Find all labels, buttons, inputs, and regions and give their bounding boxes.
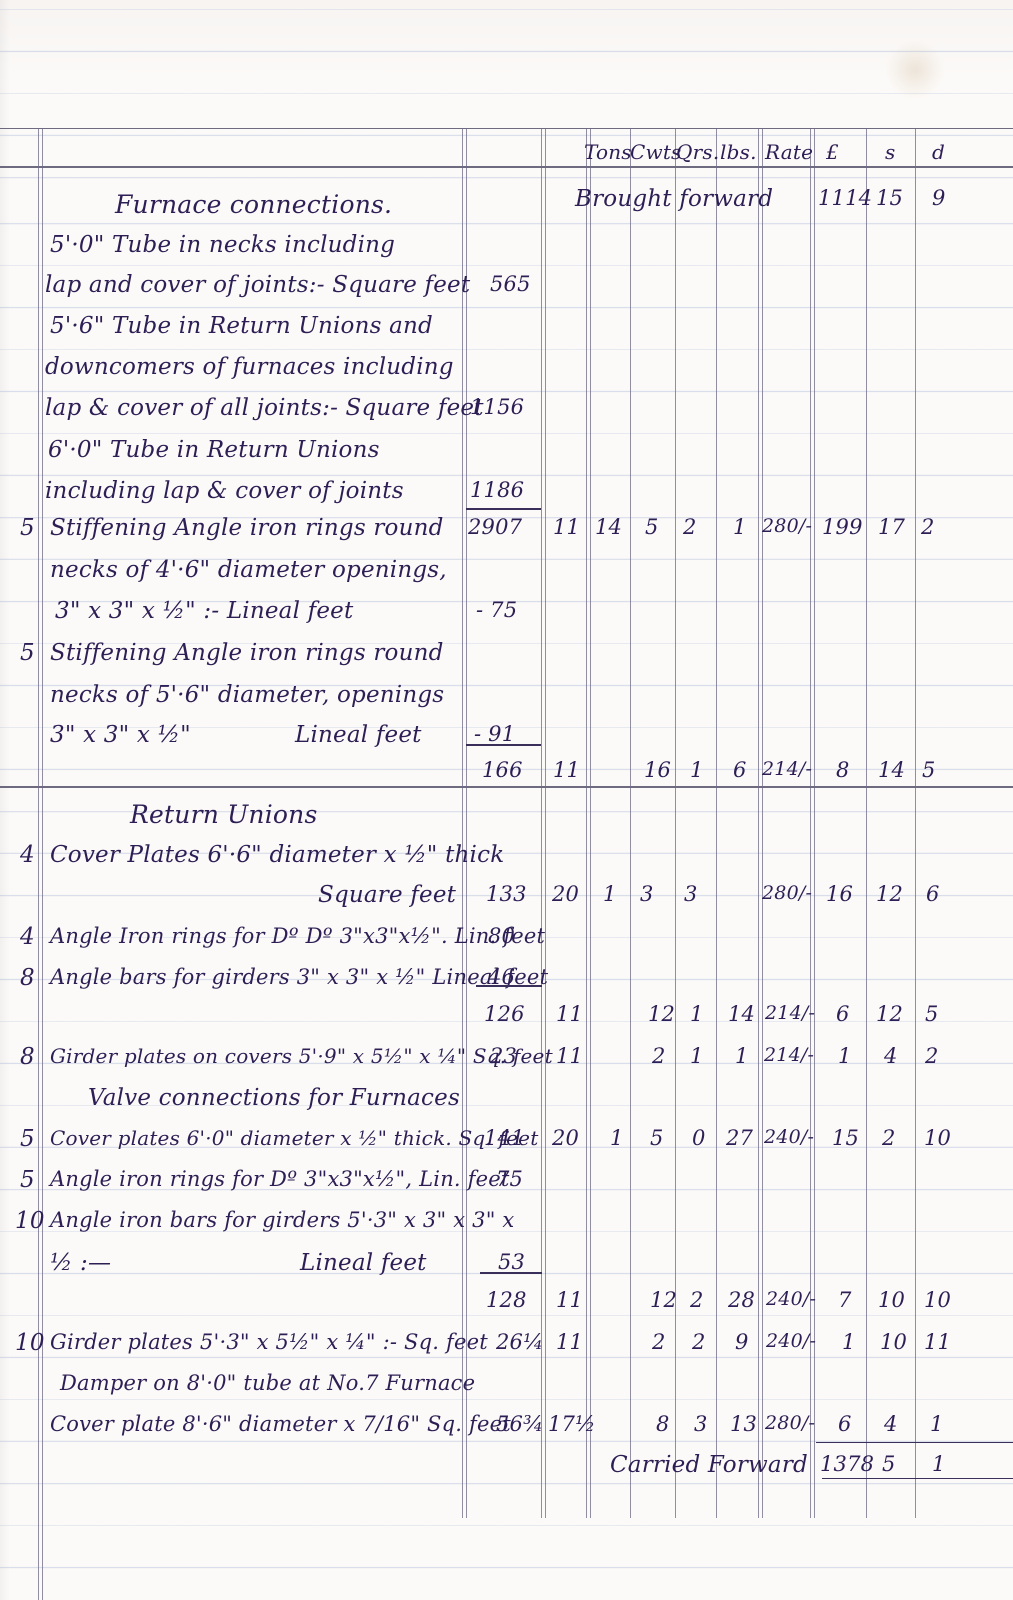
entry-pounds: 1: [842, 1330, 856, 1354]
entry-lbs: 13: [730, 1412, 757, 1436]
pounds-col-line: [866, 128, 867, 1518]
entry-cwts: 2: [652, 1330, 666, 1354]
subtotal-shillings: 10: [878, 1288, 905, 1312]
entry-line: including lap & cover of joints: [45, 478, 404, 504]
section-heading-return-unions: Return Unions: [130, 800, 318, 829]
entry-pence: 10: [924, 1126, 951, 1150]
total-underline: [816, 1442, 1013, 1443]
entry-line: 5'·0" Tube in necks including: [50, 232, 395, 258]
row-count: 5: [20, 515, 35, 541]
subtotal-pence: 5: [925, 1002, 939, 1026]
entry-pence: 11: [924, 1330, 951, 1354]
subtotal-pounds: 8: [836, 758, 850, 782]
subtotal-cwts: 12: [650, 1288, 677, 1312]
entry-line: Angle iron rings for Dº 3"x3"x½", Lin. f…: [50, 1167, 510, 1191]
entry-line: 3" x 3" x ½" :- Lineal feet: [55, 598, 353, 624]
entry-shillings: 10: [880, 1330, 907, 1354]
entry-qty: - 75: [476, 598, 517, 622]
header-qrs: Qrs.: [676, 140, 719, 164]
header-rule: [0, 166, 1013, 168]
entry-gauge: 17½: [548, 1412, 596, 1436]
margin-line-2: [42, 128, 43, 1600]
entry-rate: 240/-: [764, 1126, 814, 1148]
shillings-col-line: [915, 128, 916, 1518]
row-count: 10: [15, 1208, 45, 1234]
qrs-col-line: [716, 128, 717, 1518]
gauge-col-line: [586, 128, 587, 1518]
entry-line: Angle Iron rings for Dº Dº 3"x3"x½". Lin…: [50, 924, 545, 948]
entry-line: necks of 5'·6" diameter, openings: [50, 682, 444, 708]
subtotal-cwts: 12: [648, 1002, 675, 1026]
entry-cwts: 5: [645, 515, 659, 539]
entry-shillings: 4: [884, 1412, 898, 1436]
header-pounds: £: [826, 140, 839, 164]
entry-line: Damper on 8'·0" tube at No.7 Furnace: [60, 1371, 475, 1395]
entry-line: Stiffening Angle iron rings round: [50, 640, 444, 666]
carried-forward-shillings: 5: [882, 1452, 896, 1476]
entry-qty: 141: [484, 1126, 525, 1150]
entry-qrs: 3: [684, 882, 698, 906]
subtotal-qty: 166: [482, 758, 523, 782]
entry-shillings: 12: [876, 882, 903, 906]
row-count: 5: [20, 640, 35, 666]
row-count: 5: [20, 1167, 35, 1193]
entry-pounds: 199: [822, 515, 863, 539]
subtotal-rate: 214/-: [762, 758, 812, 780]
subtotal-lbs: 6: [733, 758, 747, 782]
entry-pence: 2: [921, 515, 935, 539]
entry-line: 5'·6" Tube in Return Unions and: [50, 313, 433, 339]
entry-cwts: 3: [640, 882, 654, 906]
subtotal-pence: 10: [924, 1288, 951, 1312]
subtotal-underline: [466, 508, 541, 510]
entry-qrs: 2: [692, 1330, 706, 1354]
subtotal-underline: [466, 744, 541, 746]
subtotal-qty: 128: [486, 1288, 527, 1312]
section-rule: [0, 786, 1013, 788]
subtotal-lbs: 14: [728, 1002, 755, 1026]
subtotal-shillings: 14: [878, 758, 905, 782]
subtotal-qty: 126: [484, 1002, 525, 1026]
entry-line: Angle iron bars for girders 5'·3" x 3" x…: [50, 1208, 514, 1232]
qty-col-line: [541, 128, 542, 1518]
entry-qty: 26¼: [496, 1330, 544, 1354]
entry-unit: Lineal feet: [300, 1250, 427, 1276]
row-count: 10: [15, 1330, 45, 1356]
entry-cwts: 2: [652, 1044, 666, 1068]
entry-qty: 565: [490, 272, 531, 296]
tons-col-line: [630, 128, 631, 1518]
entry-line: lap & cover of all joints:- Square feet: [45, 395, 484, 421]
entry-shillings: 4: [884, 1044, 898, 1068]
entry-qty: 23: [490, 1044, 517, 1068]
brought-forward-pence: 9: [932, 186, 946, 210]
header-rate: Rate: [765, 140, 813, 164]
entry-unit: Square feet: [318, 882, 456, 908]
row-count: 4: [20, 842, 35, 868]
brought-forward-label: Brought forward: [575, 186, 773, 212]
entry-qrs: 3: [694, 1412, 708, 1436]
entry-line: lap and cover of joints:- Square feet: [45, 272, 470, 298]
subtotal-pounds: 6: [836, 1002, 850, 1026]
carried-forward-pounds: 1378: [820, 1452, 874, 1476]
entry-rate: 280/-: [762, 882, 812, 904]
desc-col-line: [462, 128, 463, 1518]
entry-pounds: 15: [832, 1126, 859, 1150]
entry-lbs: 9: [735, 1330, 749, 1354]
entry-line: Cover plate 8'·6" diameter x 7/16" Sq. f…: [50, 1412, 511, 1436]
entry-line: Stiffening Angle iron rings round: [50, 515, 444, 541]
subtotal-qrs: 1: [690, 1002, 704, 1026]
entry-lbs: 1: [735, 1044, 749, 1068]
subtotal-pence: 5: [922, 758, 936, 782]
section-heading-valve: Valve connections for Furnaces: [88, 1085, 460, 1111]
entry-qty: 2907: [468, 515, 522, 539]
subtotal-rate: 214/-: [765, 1002, 815, 1024]
entry-qty: 80: [488, 924, 515, 948]
subtotal-rate: 240/-: [766, 1288, 816, 1310]
entry-rate: 214/-: [764, 1044, 814, 1066]
entry-lbs: 27: [726, 1126, 753, 1150]
ledger-page: Tons Cwts Qrs. lbs. Rate £ s d Brought f…: [0, 0, 1013, 1600]
entry-unit: Lineal feet: [295, 722, 422, 748]
entry-line: downcomers of furnaces including: [45, 354, 454, 380]
entry-shillings: 2: [882, 1126, 896, 1150]
entry-qty: 75: [496, 1167, 523, 1191]
lbs-col-line: [758, 128, 759, 1518]
subtotal-shillings: 12: [876, 1002, 903, 1026]
entry-gauge: 20: [552, 1126, 579, 1150]
entry-line: necks of 4'·6" diameter openings,: [50, 557, 447, 583]
entry-line: Cover Plates 6'·6" diameter x ½" thick: [50, 842, 504, 868]
entry-lbs: 1: [733, 515, 747, 539]
entry-qty: 133: [486, 882, 527, 906]
row-count: 5: [20, 1126, 35, 1152]
entry-tons: 1: [610, 1126, 624, 1150]
entry-line: ½ :—: [50, 1250, 111, 1276]
entry-gauge: 11: [556, 1044, 583, 1068]
entry-line: 3" x 3" x ½": [50, 722, 191, 748]
entry-pounds: 16: [826, 882, 853, 906]
subtotal-gauge: 11: [553, 758, 580, 782]
entry-line: Angle bars for girders 3" x 3" x ½" Line…: [50, 965, 548, 989]
entry-pence: 2: [925, 1044, 939, 1068]
entry-cwts: 5: [650, 1126, 664, 1150]
entry-qty: 1186: [470, 478, 524, 502]
subtotal-cwts: 16: [644, 758, 671, 782]
subtotal-qrs: 1: [690, 758, 704, 782]
lbs-col-line-2: [762, 128, 763, 1518]
header-pence: d: [932, 140, 945, 164]
entry-rate: 280/-: [765, 1412, 815, 1434]
entry-qty: - 91: [474, 722, 515, 746]
entry-pounds: 1: [838, 1044, 852, 1068]
top-rule: [0, 128, 1013, 129]
row-count: 8: [20, 1044, 35, 1070]
entry-qty: 56¾: [496, 1412, 544, 1436]
paper-stain: [885, 40, 945, 100]
entry-tons: 14: [595, 515, 622, 539]
margin-line: [38, 128, 39, 1600]
entry-tons: 1: [603, 882, 617, 906]
entry-rate: 280/-: [762, 515, 812, 537]
qty-col-line-2: [545, 128, 546, 1518]
entry-line: Girder plates on covers 5'·9" x 5½" x ¼"…: [50, 1044, 553, 1068]
carried-forward-pence: 1: [932, 1452, 946, 1476]
entry-qty: 53: [498, 1250, 525, 1274]
entry-rate: 240/-: [766, 1330, 816, 1352]
entry-qrs: 2: [683, 515, 697, 539]
entry-line: Girder plates 5'·3" x 5½" x ¼" :- Sq. fe…: [50, 1330, 488, 1354]
desc-col-line-2: [466, 128, 467, 1518]
entry-shillings: 17: [878, 515, 905, 539]
subtotal-underline: [480, 1272, 542, 1274]
gauge-col-line-2: [590, 128, 591, 1518]
section-heading-furnace: Furnace connections.: [115, 190, 392, 219]
header-cwts: Cwts: [630, 140, 682, 164]
entry-gauge: 11: [553, 515, 580, 539]
entry-qty: 1156: [470, 395, 524, 419]
subtotal-qrs: 2: [690, 1288, 704, 1312]
brought-forward-shillings: 15: [876, 186, 903, 210]
header-shillings: s: [885, 140, 895, 164]
row-count: 8: [20, 965, 35, 991]
total-underline-2: [822, 1478, 1013, 1479]
entry-gauge: 11: [556, 1330, 583, 1354]
carried-forward-label: Carried Forward: [610, 1452, 808, 1478]
entry-gauge: 20: [552, 882, 579, 906]
subtotal-gauge: 11: [556, 1288, 583, 1312]
entry-line: 6'·0" Tube in Return Unions: [48, 437, 380, 463]
row-count: 4: [20, 924, 35, 950]
subtotal-lbs: 28: [728, 1288, 755, 1312]
entry-cwts: 8: [656, 1412, 670, 1436]
subtotal-gauge: 11: [556, 1002, 583, 1026]
entry-pence: 1: [930, 1412, 944, 1436]
entry-qrs: 0: [692, 1126, 706, 1150]
header-tons: Tons: [584, 140, 632, 164]
header-lbs: lbs.: [720, 140, 757, 164]
entry-pounds: 6: [838, 1412, 852, 1436]
entry-qrs: 1: [690, 1044, 704, 1068]
subtotal-underline: [476, 985, 542, 987]
brought-forward-pounds: 1114: [818, 186, 872, 210]
entry-line: Cover plates 6'·0" diameter x ½" thick. …: [50, 1126, 538, 1150]
subtotal-pounds: 7: [838, 1288, 852, 1312]
entry-pence: 6: [926, 882, 940, 906]
